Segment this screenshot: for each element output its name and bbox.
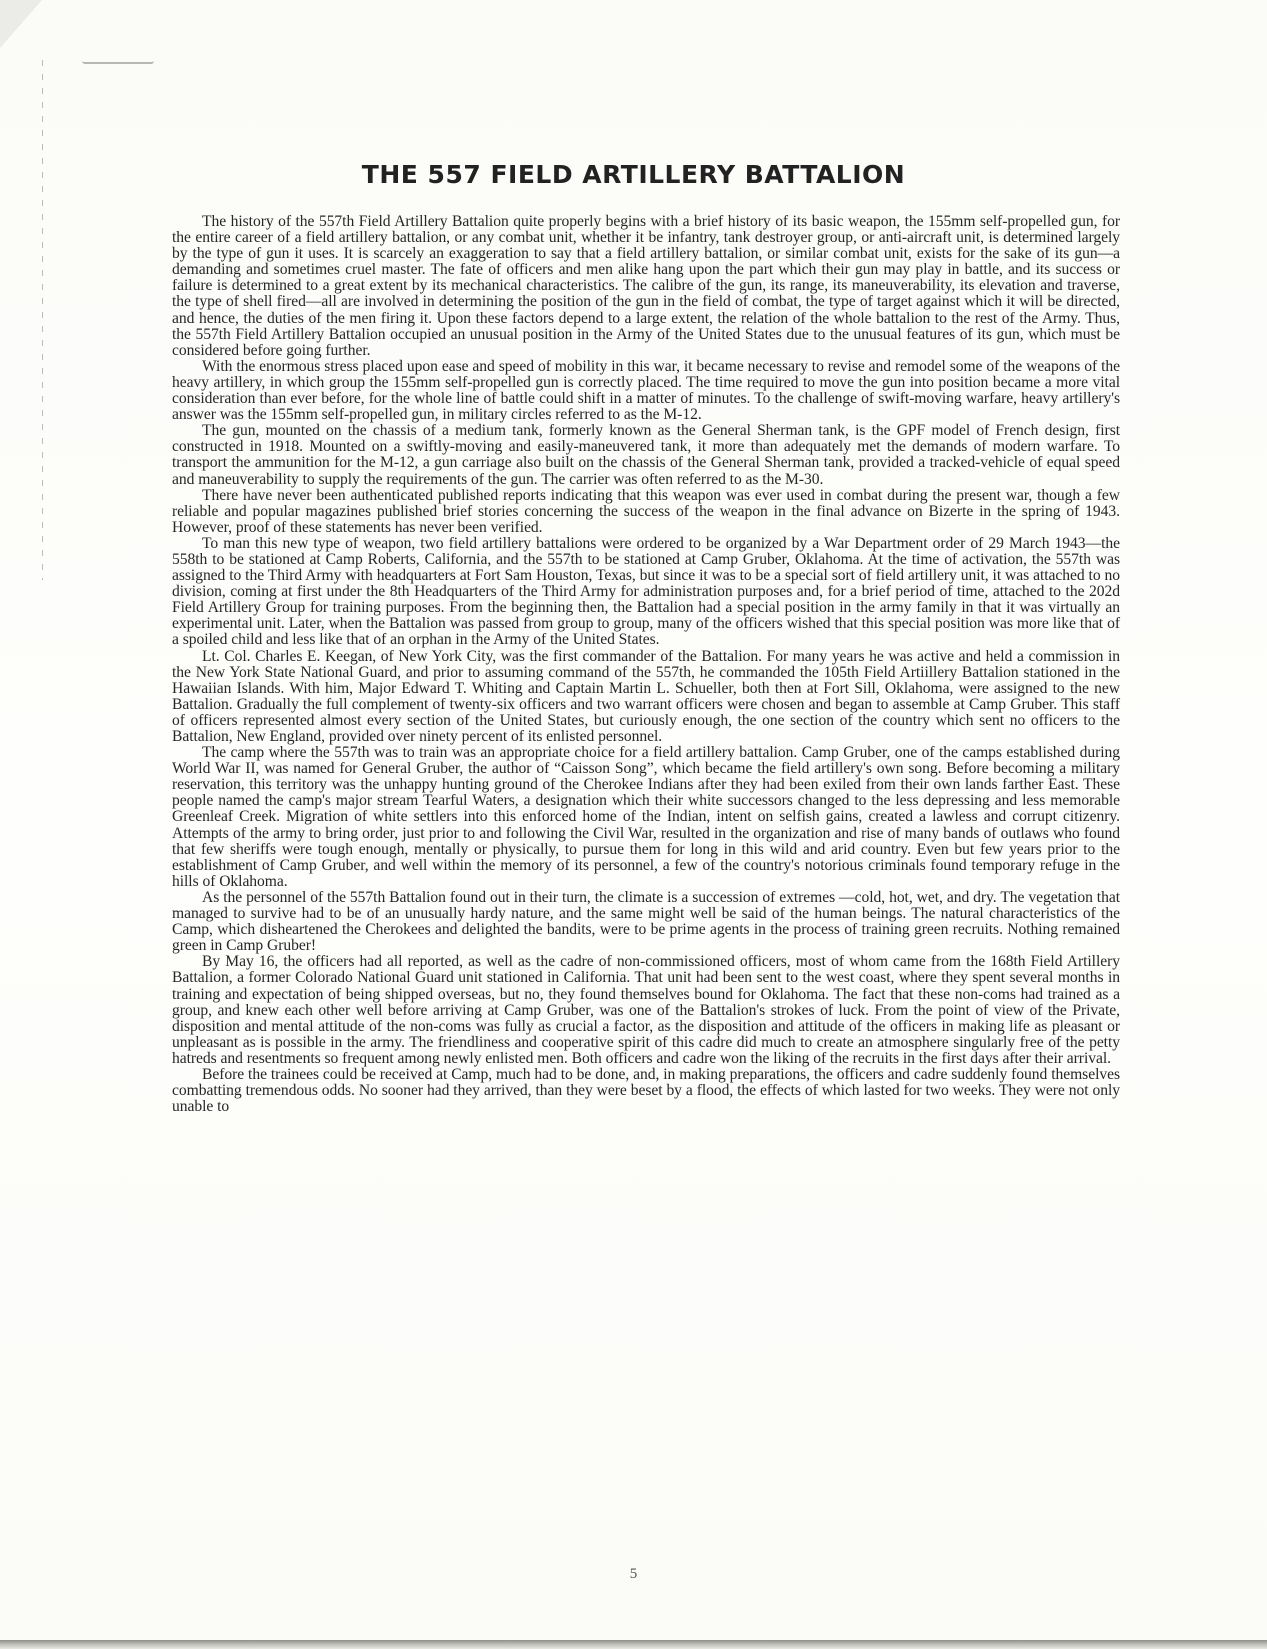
margin-binding-mark xyxy=(42,60,43,580)
paragraph-camp-gruber: The camp where the 557th was to train wa… xyxy=(172,745,1120,890)
paragraph-cadre: By May 16, the officers had all reported… xyxy=(172,954,1120,1067)
paragraph-mobility: With the enormous stress placed upon eas… xyxy=(172,359,1120,423)
staple-mark xyxy=(82,58,154,64)
paragraph-combat-reports: There have never been authenticated publ… xyxy=(172,488,1120,536)
page-number: 5 xyxy=(0,1566,1267,1583)
body-text: The history of the 557th Field Artillery… xyxy=(172,214,1120,1115)
paragraph-commander: Lt. Col. Charles E. Keegan, of New York … xyxy=(172,649,1120,746)
page-bottom-edge xyxy=(0,1640,1267,1649)
paragraph-flood: Before the trainees could be received at… xyxy=(172,1067,1120,1115)
paragraph-organization: To man this new type of weapon, two fiel… xyxy=(172,536,1120,649)
folded-corner xyxy=(0,0,42,48)
paragraph-weapon-history: The history of the 557th Field Artillery… xyxy=(172,214,1120,359)
paragraph-climate: As the personnel of the 557th Battalion … xyxy=(172,890,1120,954)
paragraph-gun-chassis: The gun, mounted on the chassis of a med… xyxy=(172,423,1120,487)
document-page: THE 557 FIELD ARTILLERY BATTALION The hi… xyxy=(0,0,1267,1642)
page-title: THE 557 FIELD ARTILLERY BATTALION xyxy=(0,160,1267,189)
